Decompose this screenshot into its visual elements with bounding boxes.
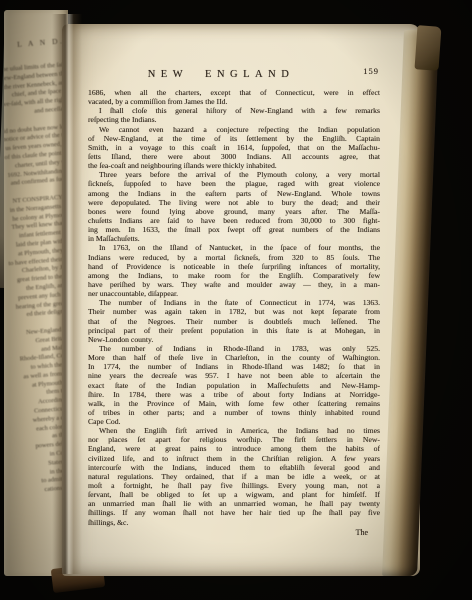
text-line: Cape Cod. <box>88 417 380 426</box>
text-line: 1686, when all the charters, except that… <box>88 88 380 97</box>
text-line: hand of Providence is noticeable in theſ… <box>88 262 380 271</box>
text-line: were depopulated. The living were not ab… <box>88 198 380 207</box>
text-line: vacated, by a commiſſion from James the … <box>88 97 380 106</box>
text-line: the ſea-coaſt and neighbouring iſlands w… <box>88 161 380 170</box>
page-header: NEW ENGLAND 159 <box>88 64 380 78</box>
text-line: natural regulations. They ordained, that… <box>88 472 380 481</box>
text-line: nine years the decreaſe was 957. I have … <box>88 371 380 380</box>
text-line: ſhillings, &c. <box>88 518 380 527</box>
page-number: 159 <box>363 66 379 76</box>
text-line: When the Engliſh firſt arrived in Americ… <box>88 426 380 435</box>
text-line: We cannot even hazard a conjecture reſpe… <box>88 125 380 134</box>
text-line: More than half of theſe live in Charleſt… <box>88 353 380 362</box>
text-line: The number of Indians in the ſtate of Co… <box>88 298 380 307</box>
text-line: bones were found lying above ground, man… <box>88 207 380 216</box>
left-page: L A N D. as the uſual limits of the ſaid… <box>4 10 68 576</box>
text-line: moſt a fortnight, he ſhall pay five ſhil… <box>88 481 380 490</box>
text-line: have periſhed by wars. They waſte and mo… <box>88 280 380 289</box>
text-line: among the Indians in the eaſtern parts o… <box>88 189 380 198</box>
text-line: among the Indians, to make room for the … <box>88 271 380 280</box>
text-line: England, were at great pains to introduc… <box>88 444 380 453</box>
right-page: NEW ENGLAND 159 1686, when all the chart… <box>62 24 420 576</box>
text-line: ſickneſs, ſuppoſed to have been the plag… <box>88 179 380 188</box>
text-line: ſetts Iſland, there were about 3000 Indi… <box>88 152 380 161</box>
text-line: reſpecting the Indians. <box>88 115 380 124</box>
text-line: of New-England, at the time of its ſettl… <box>88 134 380 143</box>
text-line: principal part of their preſent populati… <box>88 326 380 335</box>
text-column: NEW ENGLAND 159 1686, when all the chart… <box>88 64 380 537</box>
text-line: that of the Negroes. Their number is dou… <box>88 317 380 326</box>
book-photo: L A N D. as the uſual limits of the ſaid… <box>0 0 472 600</box>
text-line: The number of Indians in Rhode-Iſland in… <box>88 344 380 353</box>
text-line: in Maſſachuſetts. <box>88 234 380 243</box>
fore-edge-corner <box>414 25 441 71</box>
text-line: of tribes in other parts; and a number o… <box>88 408 380 417</box>
text-line: ſhillings. If any woman ſhall not have h… <box>88 508 380 517</box>
text-line: exact ſtate of the Indian population in … <box>88 381 380 390</box>
text-line: chuſetts Indians are ſaid to have been r… <box>88 216 380 225</box>
text-line: Smith, in a voyage to this coaſt in 1614… <box>88 143 380 152</box>
text-line: New-London county. <box>88 335 380 344</box>
text-line: an unmarried man ſhall lie with an unmar… <box>88 499 380 508</box>
left-page-text: as the uſual limits of the ſaidof New-En… <box>4 61 68 514</box>
text-line: intercourſe with the Indians, induced th… <box>88 463 380 472</box>
text-line: ſervant, ſhall be obliged to ſet up a wi… <box>88 490 380 499</box>
left-page-content: L A N D. as the uſual limits of the ſaid… <box>4 24 68 514</box>
text-line: ſhire. In 1784, there was a tribe of abo… <box>88 390 380 399</box>
text-line: Indians were reduced, by a mortal ſickne… <box>88 253 380 262</box>
left-running-title-fragment: L A N D. <box>4 36 65 60</box>
catchword: The <box>88 528 380 537</box>
running-title: NEW ENGLAND <box>148 69 321 80</box>
text-line: I ſhall cloſe this general hiſtory of Ne… <box>88 106 380 115</box>
text-line: Three years before the arrival of the Pl… <box>88 170 380 179</box>
text-line: ner unaccountable, diſappear. <box>88 289 380 298</box>
text-line: nor places ſet apart for religious worſh… <box>88 435 380 444</box>
text-line: civilized life, and to inſtruct them in … <box>88 454 380 463</box>
text-line: walk, in the Province of Main, with ſome… <box>88 399 380 408</box>
page-body: 1686, when all the charters, except that… <box>88 88 380 527</box>
text-line: In 1763, on the Iſland of Nantucket, in … <box>88 243 380 252</box>
text-line: Their number was again taken in 1782, bu… <box>88 307 380 316</box>
text-line: ing men. In 1633, the ſmall pox ſwept of… <box>88 225 380 234</box>
text-line: In 1774, the number of Indians in Rhode-… <box>88 362 380 371</box>
